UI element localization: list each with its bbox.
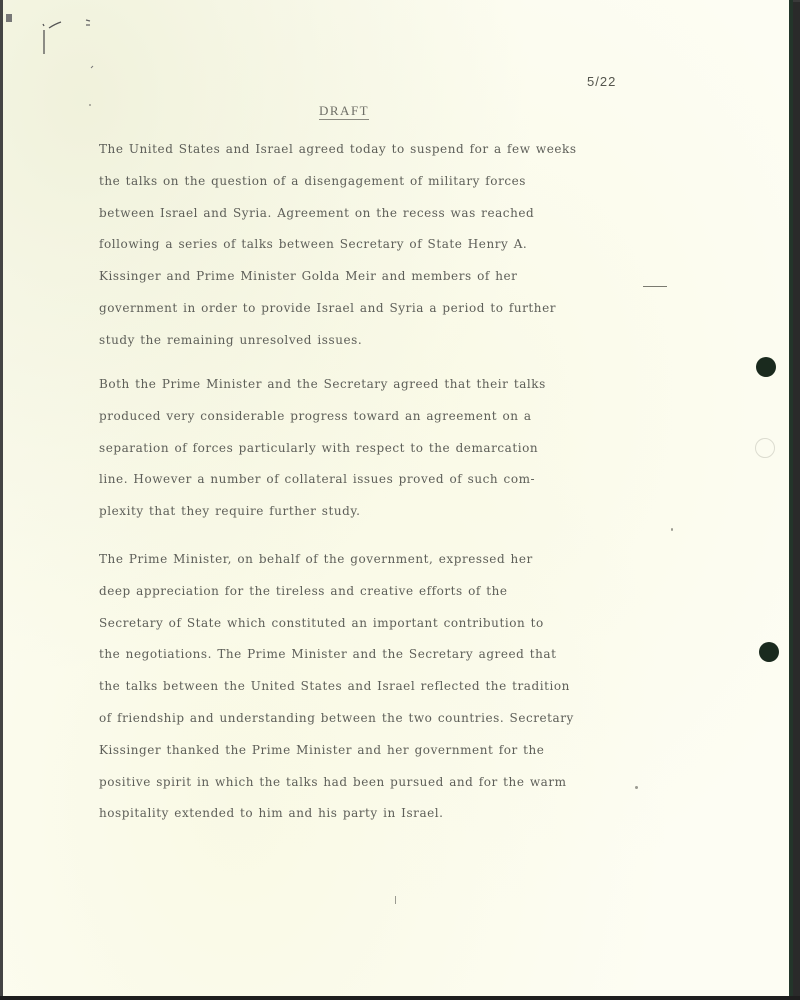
punch-hole-icon xyxy=(759,642,779,662)
text-line: separation of forces particularly with r… xyxy=(99,438,629,470)
text-line: study the remaining unresolved issues. xyxy=(99,330,629,362)
text-line: Both the Prime Minister and the Secretar… xyxy=(99,374,629,406)
text-line: produced very considerable progress towa… xyxy=(99,406,629,438)
document-page: 5/22 DRAFT The United States and Israel … xyxy=(3,0,793,996)
scan-speck xyxy=(671,528,673,531)
corner-staple-mark xyxy=(6,14,12,22)
text-line: deep appreciation for the tireless and c… xyxy=(99,581,629,613)
text-line: following a series of talks between Secr… xyxy=(99,234,629,266)
draft-heading: DRAFT xyxy=(319,104,369,120)
paragraph-2: Both the Prime Minister and the Secretar… xyxy=(99,374,629,533)
text-line: Kissinger and Prime Minister Golda Meir … xyxy=(99,266,629,298)
text-line: The Prime Minister, on behalf of the gov… xyxy=(99,549,629,581)
text-line: line. However a number of collateral iss… xyxy=(99,469,629,501)
text-line: The United States and Israel agreed toda… xyxy=(99,139,629,171)
text-line: government in order to provide Israel an… xyxy=(99,298,629,330)
paragraph-3: The Prime Minister, on behalf of the gov… xyxy=(99,549,629,835)
scan-bottom-edge xyxy=(0,996,800,1000)
punch-hole-icon xyxy=(756,357,776,377)
page-number: 5/22 xyxy=(587,74,616,89)
faint-hole-impression xyxy=(755,438,775,458)
text-line: between Israel and Syria. Agreement on t… xyxy=(99,203,629,235)
scan-speck xyxy=(395,896,396,904)
text-line: plexity that they require further study. xyxy=(99,501,629,533)
text-line: of friendship and understanding between … xyxy=(99,708,629,740)
text-line: Kissinger thanked the Prime Minister and… xyxy=(99,740,629,772)
handwritten-mark-icon xyxy=(41,18,101,78)
text-line: the talks between the United States and … xyxy=(99,676,629,708)
scan-speck xyxy=(635,786,638,789)
text-line: Secretary of State which constituted an … xyxy=(99,613,629,645)
text-line: hospitality extended to him and his part… xyxy=(99,803,629,835)
text-line: the negotiations. The Prime Minister and… xyxy=(99,644,629,676)
text-line: the talks on the question of a disengage… xyxy=(99,171,629,203)
scan-speck xyxy=(89,104,91,106)
paragraph-1: The United States and Israel agreed toda… xyxy=(99,139,629,362)
text-line: positive spirit in which the talks had b… xyxy=(99,772,629,804)
margin-pencil-dash xyxy=(643,286,667,287)
